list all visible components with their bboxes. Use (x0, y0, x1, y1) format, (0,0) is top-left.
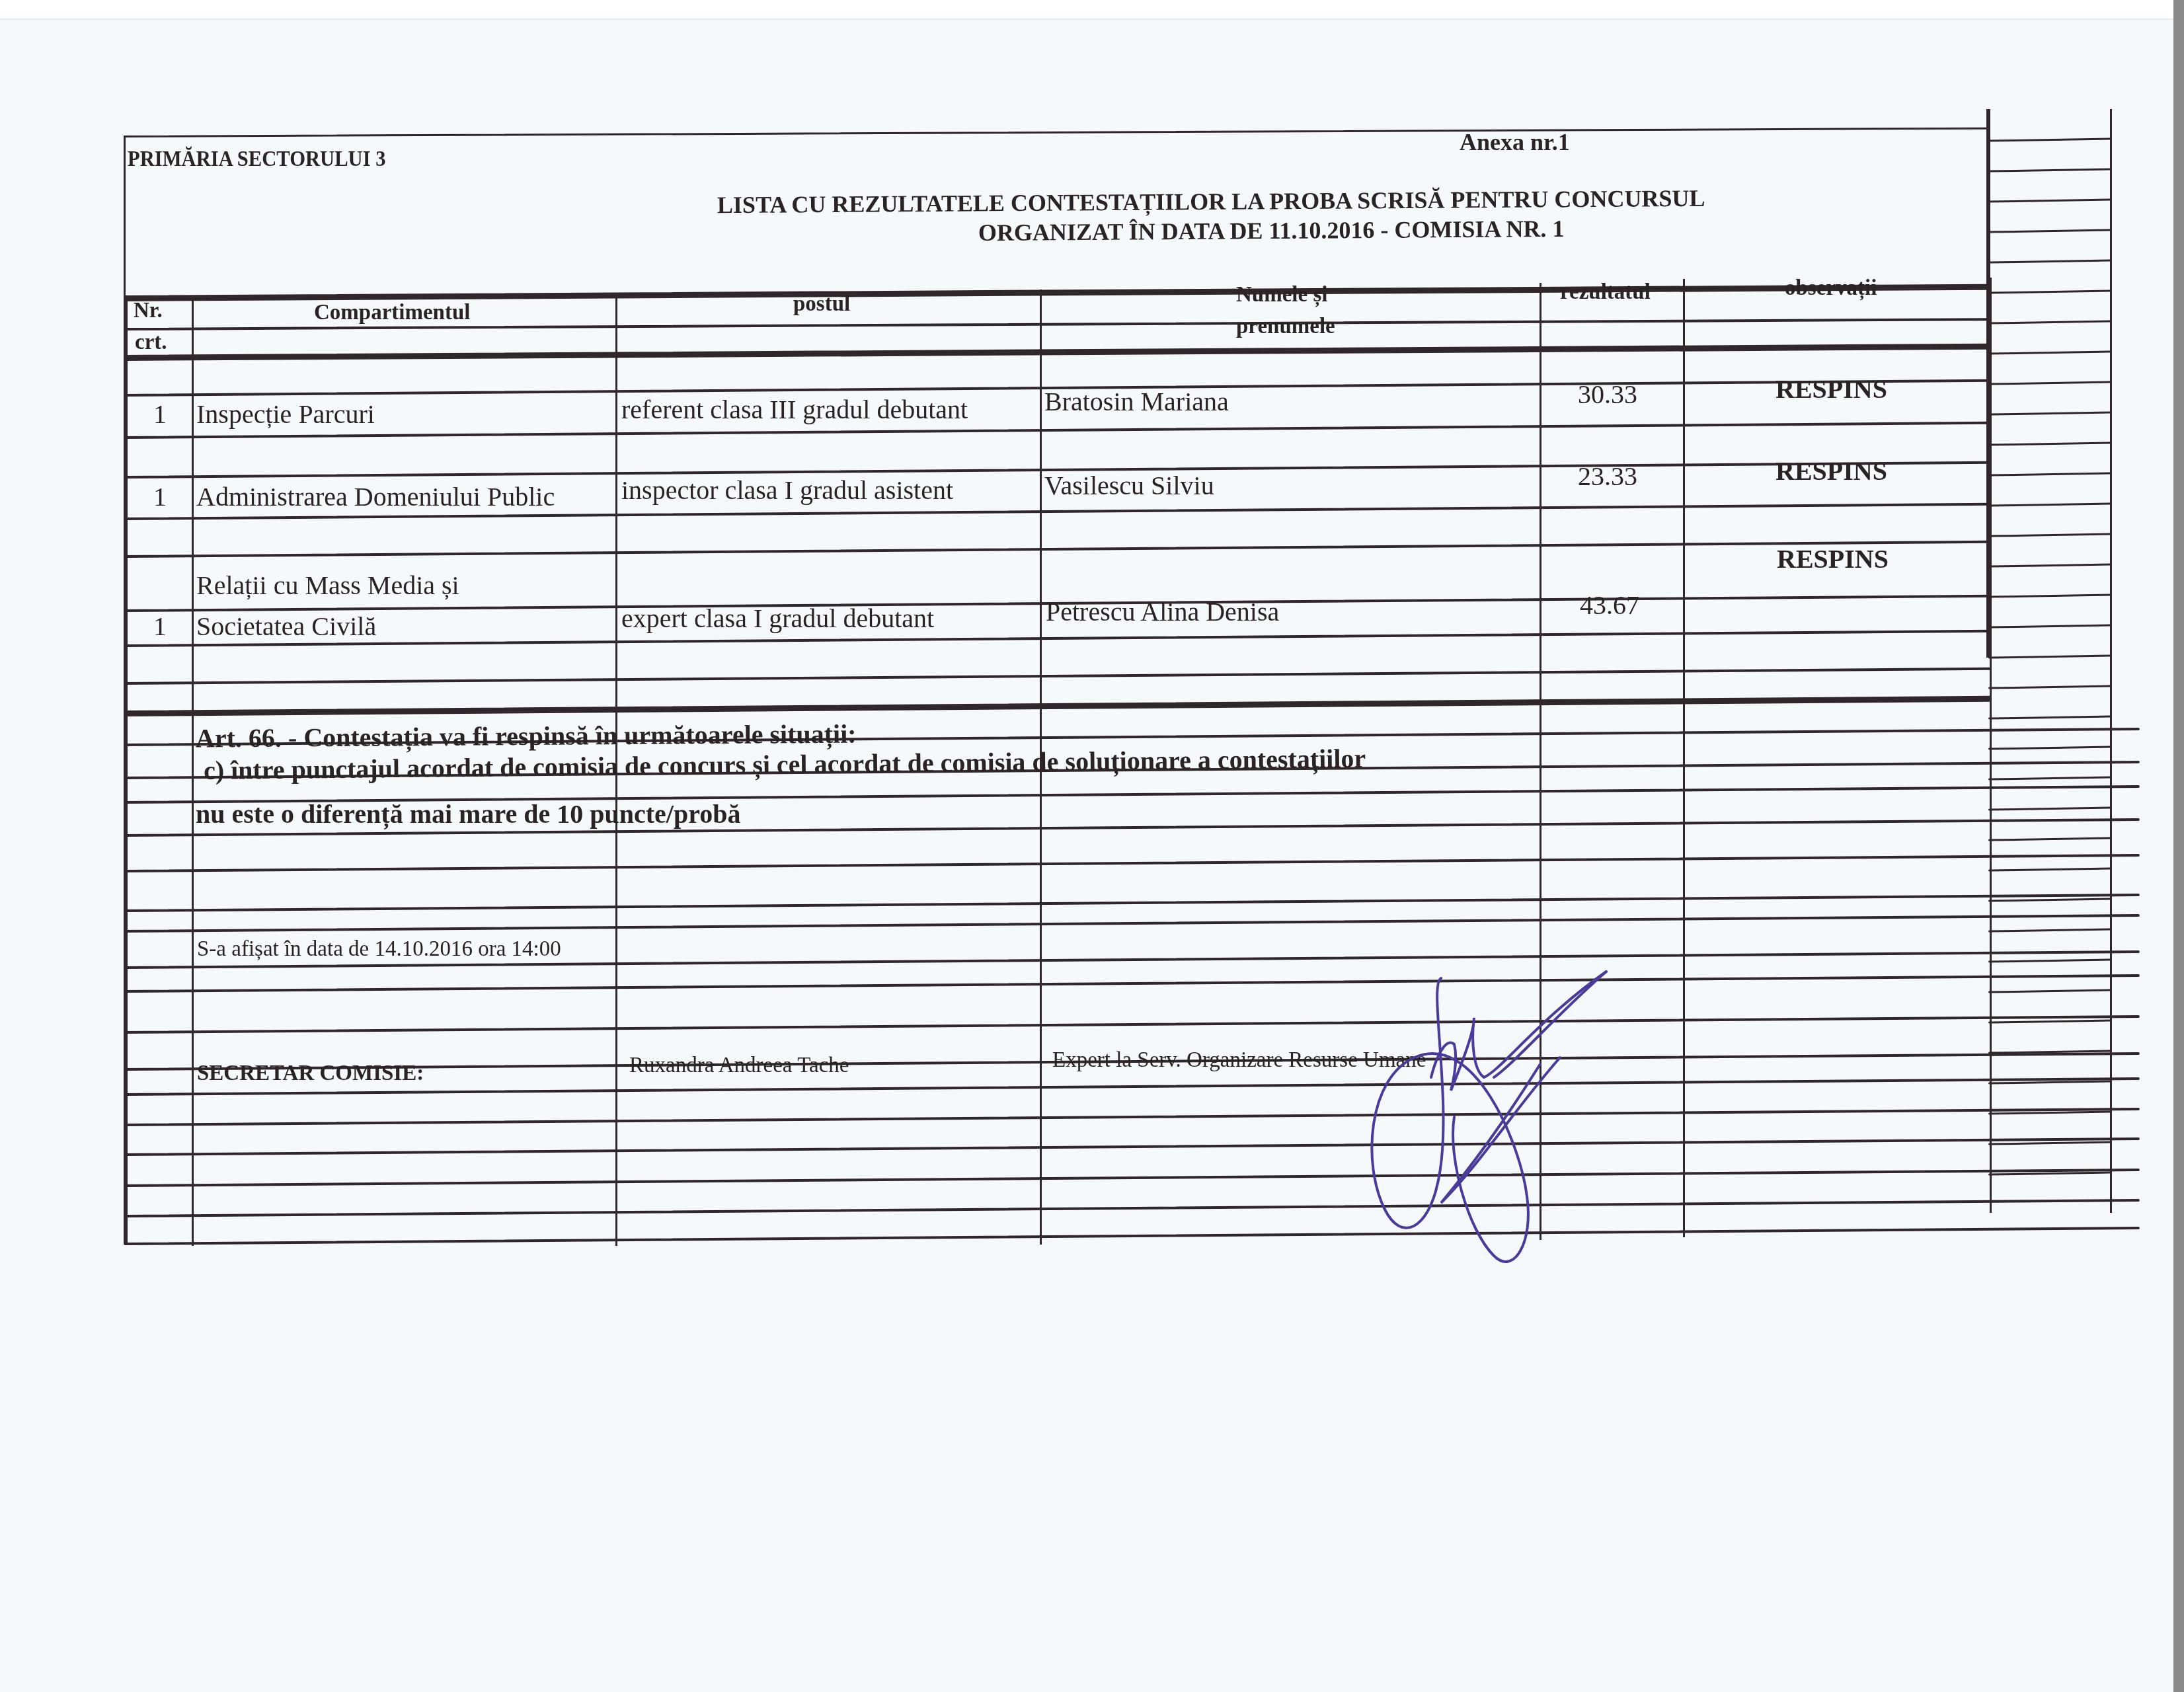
row-status: RESPINS (1775, 455, 1887, 486)
row-compartiment: Administrarea Domeniului Public (196, 481, 555, 512)
title-line-2: ORGANIZAT ÎN DATA DE 11.10.2016 - COMISI… (978, 215, 1565, 247)
secretary-name: Ruxandra Andreea Tache (629, 1054, 849, 1078)
row-compartiment-line1: Relații cu Mass Media și (196, 570, 459, 601)
row-nr: 1 (153, 611, 167, 642)
institution-name: PRIMĂRIA SECTORULUI 3 (128, 147, 386, 172)
row-status: RESPINS (1775, 373, 1887, 404)
header-nume-2: prenumele (1236, 315, 1335, 339)
col-line-1 (192, 297, 194, 1246)
article-clause-line2: nu este o diferență mai mare de 10 punct… (196, 798, 740, 829)
scanned-page (0, 19, 2173, 1692)
row-compartiment: Inspecție Parcuri (196, 399, 375, 430)
header-nr: Nr. (134, 299, 163, 323)
secretary-label: SECRETAR COMISIE: (197, 1061, 424, 1086)
scan-edge (2173, 0, 2184, 1692)
row-nr: 1 (153, 399, 167, 430)
row-rezultat: 43.67 (1580, 590, 1639, 621)
row-post: referent clasa III gradul debutant (621, 394, 968, 425)
row-nume: Vasilescu Silviu (1044, 470, 1214, 501)
header-crt: crt. (135, 330, 167, 355)
row-status: RESPINS (1777, 543, 1889, 574)
annex-label: Anexa nr.1 (1460, 128, 1570, 156)
row-compartiment-line2: Societatea Civilă (196, 611, 376, 642)
posted-date: S-a afișat în data de 14.10.2016 ora 14:… (197, 937, 561, 962)
header-rezultat: rezultatul (1560, 280, 1651, 305)
row-nume: Bratosin Mariana (1044, 386, 1229, 417)
header-post: postul (793, 292, 850, 317)
row-nume: Petrescu Alina Denisa (1046, 596, 1279, 627)
col-line-5 (1683, 279, 1685, 1237)
row-post: expert clasa I gradul debutant (621, 603, 934, 634)
header-observatii: observații (1785, 276, 1877, 301)
row-nr: 1 (153, 481, 167, 512)
right-strip-right-line (2110, 109, 2112, 1213)
header-compartiment: Compartimentul (314, 301, 470, 325)
header-nume-1: Numele și (1236, 283, 1327, 307)
secretary-role: Expert la Serv. Organizare Resurse Umane (1052, 1048, 1426, 1073)
row-rezultat: 30.33 (1578, 379, 1637, 410)
col-line-6 (1990, 278, 1992, 1213)
row-post: inspector clasa I gradul asistent (621, 475, 953, 506)
row-rezultat: 23.33 (1578, 461, 1637, 492)
